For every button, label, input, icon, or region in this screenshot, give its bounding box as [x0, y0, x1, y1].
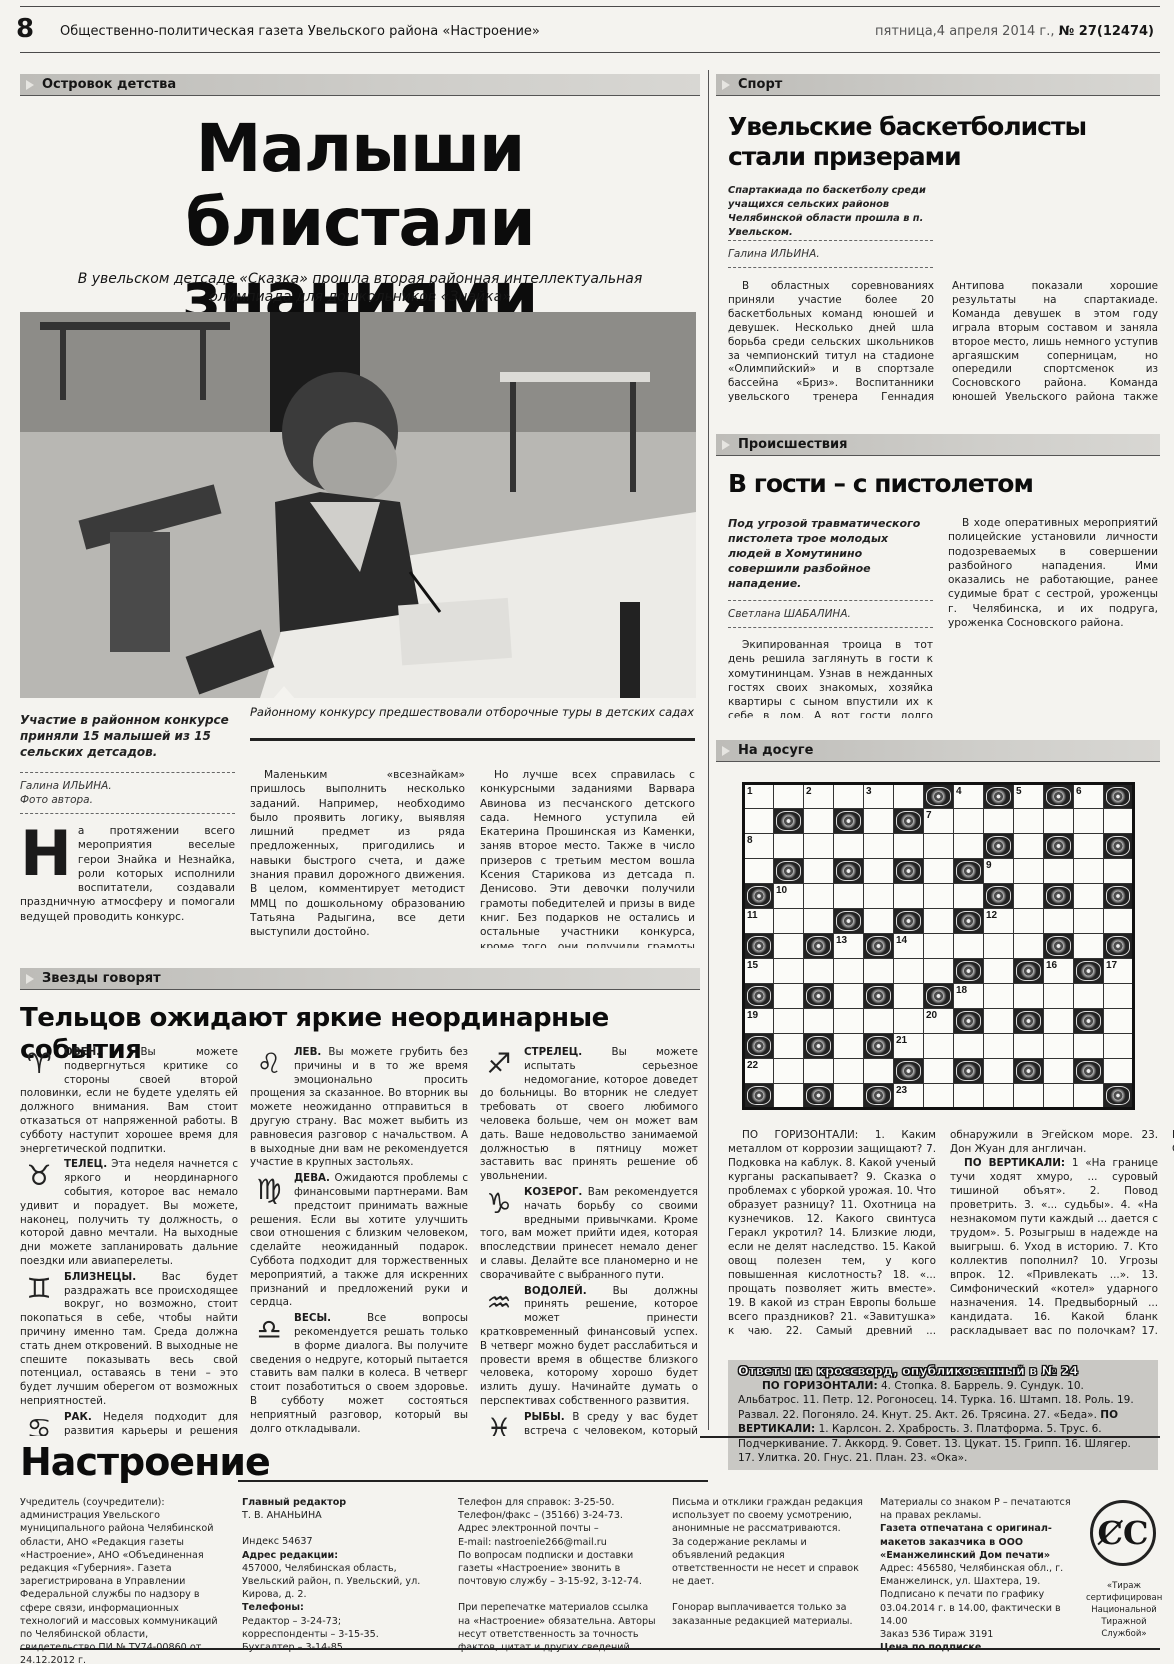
bottom-rule — [20, 1648, 1160, 1650]
crossword-cell[interactable]: 1 — [744, 784, 774, 809]
crossword-cell[interactable] — [1104, 1059, 1134, 1084]
sport-lead: Спартакиада по баскетболу среди учащихся… — [728, 184, 933, 240]
crossword-row: 23 — [744, 1084, 1134, 1109]
crossword-cell[interactable] — [954, 1034, 984, 1059]
crossword-block-cell — [924, 984, 954, 1009]
editorial-address: 457000, Челябинская область, Увельский р… — [242, 1562, 442, 1602]
crossword-cell[interactable] — [924, 859, 954, 884]
crossword-cell[interactable]: 10 — [774, 884, 804, 909]
ornament-icon — [1106, 936, 1130, 956]
crossword-cell[interactable] — [1044, 809, 1074, 834]
crossword-cell[interactable] — [1104, 809, 1134, 834]
email-link[interactable]: E-mail: nastroenie266@mail.ru — [458, 1536, 658, 1549]
ornament-icon — [956, 961, 981, 981]
crossword-block-cell — [954, 959, 984, 984]
aquarius-icon: ♒ — [480, 1285, 518, 1321]
ornament-icon — [1106, 787, 1130, 806]
ornament-icon — [896, 861, 921, 881]
ornament-icon — [836, 811, 861, 831]
byline-author: Галина ИЛЬИНА. — [20, 779, 235, 793]
sagittarius-icon: ♐ — [480, 1046, 518, 1082]
crossword-cell[interactable]: 2 — [804, 784, 834, 809]
crossword-cell[interactable] — [1014, 934, 1044, 959]
cancer-icon: ♋ — [20, 1411, 58, 1436]
crossword-cell[interactable] — [1074, 834, 1104, 859]
crossword-cell[interactable] — [1044, 1084, 1074, 1109]
crossword-cell[interactable] — [1044, 859, 1074, 884]
crossword-cell[interactable] — [834, 984, 864, 1009]
crossword-block-cell — [1104, 934, 1134, 959]
crossword-block-cell — [864, 984, 894, 1009]
crossword-block-cell — [834, 859, 864, 884]
kids-byline: Галина ИЛЬИНА. Фото автора. — [20, 772, 235, 814]
crossword-cell[interactable]: 14 — [894, 934, 924, 959]
crossword-cell[interactable] — [1104, 909, 1134, 934]
aries-icon: ♈ — [20, 1046, 58, 1082]
ornament-icon — [866, 1086, 891, 1105]
crossword-cell[interactable] — [1044, 1034, 1074, 1059]
crossword-cell[interactable] — [864, 834, 894, 859]
crossword-cell[interactable] — [834, 1034, 864, 1059]
crossword-block-cell — [924, 784, 954, 809]
crossword-block-cell — [1074, 1059, 1104, 1084]
crossword-block-cell — [1104, 1084, 1134, 1109]
crossword-cell[interactable] — [1044, 984, 1074, 1009]
horoscope-col3: ♐СТРЕЛЕЦ. Вы можете испытать серьезное н… — [480, 1046, 698, 1436]
crossword-block-cell — [1014, 1059, 1044, 1084]
crossword-cell[interactable] — [1014, 909, 1044, 934]
crossword-cell[interactable] — [924, 1034, 954, 1059]
ornament-icon — [747, 886, 771, 906]
crossword-cell[interactable] — [744, 859, 774, 884]
crossword-cell[interactable] — [864, 809, 894, 834]
crossword-block-cell — [1014, 1009, 1044, 1034]
ornament-icon — [926, 986, 951, 1006]
crossword-cell[interactable] — [1014, 1084, 1044, 1109]
crossword-cell[interactable] — [1074, 1084, 1104, 1109]
ornament-icon — [747, 936, 771, 956]
crossword-cell[interactable] — [1074, 1034, 1104, 1059]
crossword-cell[interactable] — [804, 1059, 834, 1084]
crossword-block-cell — [894, 809, 924, 834]
crossword-cell[interactable]: 22 — [744, 1059, 774, 1084]
headline-line-1: Малыши блистали — [20, 112, 700, 260]
crossword-row: 1314 — [744, 934, 1134, 959]
footer-right-rule — [700, 1436, 1160, 1438]
sign-capricorn: ♑КОЗЕРОГ. Вам рекомендуется начать борьб… — [480, 1186, 698, 1283]
taurus-icon: ♉ — [20, 1158, 58, 1194]
crossword-block-cell — [804, 1034, 834, 1059]
crossword-grid-container: 1234567891011121314151617181920212223 — [742, 782, 1135, 1110]
footer-logo: Настроение — [20, 1440, 270, 1484]
crossword-block-cell — [984, 834, 1014, 859]
top-rule — [20, 6, 1160, 7]
incident-paragraph: В ходе оперативных мероприятий полицейск… — [948, 516, 1158, 630]
crossword-cell[interactable]: 17 — [1104, 959, 1134, 984]
crossword-row: 7 — [744, 809, 1134, 834]
crossword-block-cell — [834, 909, 864, 934]
crossword-block-cell — [954, 1009, 984, 1034]
crossword-cell[interactable] — [984, 934, 1014, 959]
ornament-icon — [986, 886, 1011, 906]
crossword-cell[interactable]: 6 — [1074, 784, 1104, 809]
crossword-cell[interactable] — [834, 784, 864, 809]
crossword-cell[interactable] — [834, 884, 864, 909]
crossword-block-cell — [744, 984, 774, 1009]
crossword-cell[interactable]: 4 — [954, 784, 984, 809]
sign-aquarius: ♒ВОДОЛЕЙ. Вы должны принять решение, кот… — [480, 1285, 698, 1409]
crossword-block-cell — [1044, 884, 1074, 909]
crossword-cell[interactable]: 18 — [954, 984, 984, 1009]
crossword-block-cell — [1074, 959, 1104, 984]
crossword-cell[interactable] — [1074, 984, 1104, 1009]
footer-contacts: Телефон для справок: 3-25-50. Телефон/фа… — [458, 1496, 658, 1654]
crossword-cell[interactable]: 9 — [984, 859, 1014, 884]
ornament-icon — [806, 1086, 831, 1105]
libra-icon: ♎ — [250, 1312, 288, 1348]
crossword-cell[interactable] — [954, 809, 984, 834]
crossword-cell[interactable] — [804, 1009, 834, 1034]
crossword-cell[interactable] — [1014, 984, 1044, 1009]
horoscope-col1: ♈ОВЕН. Вы можете подвергнуться критике с… — [20, 1046, 238, 1436]
crossword-cell[interactable] — [1014, 859, 1044, 884]
virgo-icon: ♍ — [250, 1172, 288, 1208]
ornament-icon — [956, 1061, 981, 1081]
kids-subheadline: В увельском детсаде «Сказка» прошла втор… — [40, 270, 680, 306]
crossword-cell[interactable] — [834, 959, 864, 984]
crossword-row: 8 — [744, 834, 1134, 859]
crossword-cell[interactable]: 16 — [1044, 959, 1074, 984]
crossword-cell[interactable] — [1014, 809, 1044, 834]
crossword-cell[interactable]: 23 — [894, 1084, 924, 1109]
ornament-icon — [896, 911, 921, 931]
crossword-cell[interactable] — [834, 1059, 864, 1084]
crossword-cell[interactable]: 19 — [744, 1009, 774, 1034]
crossword-cell[interactable] — [1104, 859, 1134, 884]
crossword-block-cell — [744, 884, 774, 909]
crossword-cell[interactable] — [924, 1059, 954, 1084]
crossword-cell[interactable] — [924, 834, 954, 859]
column-divider — [708, 70, 709, 1430]
crossword-row: 151617 — [744, 959, 1134, 984]
crossword-cell[interactable] — [864, 1009, 894, 1034]
crossword-cell[interactable] — [984, 1034, 1014, 1059]
crossword-cell[interactable] — [1104, 1009, 1134, 1034]
crossword-cell[interactable] — [774, 1009, 804, 1034]
incident-byline: Светлана ШАБАЛИНА. — [728, 600, 933, 628]
sign-gemini: ♊БЛИЗНЕЦЫ. Вас будет раздражать все прои… — [20, 1271, 238, 1409]
sign-taurus: ♉ТЕЛЕЦ. Эта неделя начнется с яркого и н… — [20, 1158, 238, 1268]
crossword-block-cell — [774, 809, 804, 834]
crossword-cell[interactable] — [924, 934, 954, 959]
crossword-cell[interactable] — [894, 1009, 924, 1034]
footer-logo-rule — [238, 1480, 708, 1482]
crossword-cell[interactable] — [924, 959, 954, 984]
crossword-cell[interactable] — [774, 784, 804, 809]
ornament-icon — [956, 1011, 981, 1031]
crossword-cell[interactable] — [984, 984, 1014, 1009]
issue-number: № 27(12474) — [1059, 24, 1154, 39]
crossword-cell[interactable] — [894, 959, 924, 984]
photo-illustration — [20, 312, 696, 698]
crossword-cell[interactable] — [774, 959, 804, 984]
ornament-icon — [1046, 836, 1071, 856]
crossword-cell[interactable] — [1044, 909, 1074, 934]
circulation-seal-icon: ȻС — [1090, 1500, 1156, 1566]
incident-body-col1: Экипированная троица в тот день решила з… — [728, 638, 933, 718]
ornament-icon — [896, 811, 921, 831]
crossword-block-cell — [804, 934, 834, 959]
photo-caption: Районному конкурсу предшествовали отборо… — [250, 705, 700, 719]
ornament-icon — [986, 787, 1011, 806]
ornament-icon — [866, 986, 891, 1006]
drop-cap: Н — [20, 826, 72, 882]
crossword-cell[interactable] — [924, 1084, 954, 1109]
crossword-cell[interactable] — [894, 984, 924, 1009]
crossword-cell[interactable] — [774, 1034, 804, 1059]
crossword-block-cell — [1104, 834, 1134, 859]
crossword-cell[interactable] — [1074, 884, 1104, 909]
crossword-cell[interactable] — [924, 909, 954, 934]
incident-paragraph: Экипированная троица в тот день решила з… — [728, 638, 933, 718]
crossword-block-cell — [1074, 1009, 1104, 1034]
crossword-block-cell — [834, 809, 864, 834]
sign-leo: ♌ЛЕВ. Вы можете грубить без причины и в … — [250, 1046, 468, 1170]
crossword-cell[interactable] — [894, 834, 924, 859]
crossword-cell[interactable]: 7 — [924, 809, 954, 834]
crossword-row: 21 — [744, 1034, 1134, 1059]
editor-name: Т. В. АНАНЬИНА — [242, 1509, 442, 1522]
crossword-cell[interactable] — [864, 884, 894, 909]
crossword-cell[interactable] — [894, 884, 924, 909]
crossword-cell[interactable] — [864, 859, 894, 884]
crossword-cell[interactable]: 8 — [744, 834, 774, 859]
seal-caption: «Тираж сертифицирован Национальной Тираж… — [1086, 1580, 1162, 1640]
crossword-cell[interactable] — [804, 834, 834, 859]
crossword-row: 9 — [744, 859, 1134, 884]
crossword-block-cell — [1104, 784, 1134, 809]
crossword-cell[interactable]: 13 — [834, 934, 864, 959]
crossword-cell[interactable]: 11 — [744, 909, 774, 934]
crossword-cell[interactable] — [894, 784, 924, 809]
crossword-block-cell — [954, 1059, 984, 1084]
crossword-row: 18 — [744, 984, 1134, 1009]
sport-headline: Увельские баскетболисты стали призерами — [728, 112, 1148, 172]
crossword-block-cell — [744, 1084, 774, 1109]
crossword-row: 1112 — [744, 909, 1134, 934]
crossword-cell[interactable] — [804, 884, 834, 909]
ornament-icon — [776, 811, 801, 831]
sign-aries: ♈ОВЕН. Вы можете подвергнуться критике с… — [20, 1046, 238, 1156]
ornament-icon — [1016, 1011, 1041, 1031]
crossword-cell[interactable] — [744, 809, 774, 834]
crossword-cell[interactable]: 20 — [924, 1009, 954, 1034]
crossword-cell[interactable] — [834, 834, 864, 859]
crossword-block-cell — [894, 909, 924, 934]
photo-pointer-icon — [272, 686, 296, 700]
crossword-cell[interactable] — [984, 1059, 1014, 1084]
incident-lead: Под угрозой травматического пистолета тр… — [728, 516, 933, 591]
ornament-icon — [1106, 886, 1130, 906]
ornament-icon — [986, 836, 1011, 856]
crossword-clues: ПО ГОРИЗОНТАЛИ: 1. Каким металлом от кор… — [728, 1128, 1158, 1350]
crossword-cell[interactable]: 15 — [744, 959, 774, 984]
pisces-icon: ♓ — [480, 1411, 518, 1436]
crossword-cell[interactable] — [804, 859, 834, 884]
sign-virgo: ♍ДЕВА. Ожидаются проблемы с финансовыми … — [250, 1172, 468, 1310]
sign-sagittarius: ♐СТРЕЛЕЦ. Вы можете испытать серьезное н… — [480, 1046, 698, 1184]
crossword-cell[interactable] — [774, 909, 804, 934]
ornament-icon — [896, 1061, 921, 1081]
crossword-cell[interactable] — [1074, 909, 1104, 934]
rubric-kids: Островок детства — [20, 74, 700, 96]
crossword-cell[interactable] — [1074, 859, 1104, 884]
crossword-block-cell — [1044, 834, 1074, 859]
crossword-cell[interactable]: 12 — [984, 909, 1014, 934]
crossword-cell[interactable] — [1074, 934, 1104, 959]
crossword-cell[interactable] — [1074, 809, 1104, 834]
ornament-icon — [776, 861, 801, 881]
crossword-block-cell — [804, 1084, 834, 1109]
crossword-cell[interactable] — [774, 1059, 804, 1084]
crossword-cell[interactable]: 21 — [894, 1034, 924, 1059]
kids-body-col3: Но лучше всех справилась с конкурсными з… — [480, 768, 695, 948]
ornament-icon — [1016, 1061, 1041, 1081]
crossword-block-cell — [984, 784, 1014, 809]
ornament-icon — [747, 1036, 771, 1056]
crossword-block-cell — [1104, 884, 1134, 909]
sport-byline: Галина ИЛЬИНА. — [728, 240, 933, 268]
crossword-cell[interactable] — [1044, 1009, 1074, 1034]
ornament-icon — [1046, 886, 1071, 906]
crossword-cell[interactable] — [984, 1009, 1014, 1034]
rubric-leisure: На досуге — [716, 740, 1160, 762]
crossword-block-cell — [864, 934, 894, 959]
crossword-block-cell — [984, 884, 1014, 909]
ornament-icon — [1016, 961, 1041, 981]
crossword-block-cell — [894, 1059, 924, 1084]
crossword-cell[interactable] — [984, 959, 1014, 984]
horoscope-col2: ♌ЛЕВ. Вы можете грубить без причины и в … — [250, 1046, 468, 1436]
crossword-cell[interactable] — [774, 984, 804, 1009]
crossword-cell[interactable] — [1014, 1034, 1044, 1059]
kids-body-col1: Н а протяжении всего мероприятия веселые… — [20, 824, 235, 924]
answers-title: Ответы на кроссворд, опубликованный в № … — [738, 1364, 1148, 1379]
ornament-icon — [1046, 936, 1071, 956]
ornament-icon — [747, 1086, 771, 1105]
crossword-cell[interactable] — [984, 1084, 1014, 1109]
issue-date: пятница,4 апреля 2014 г., — [875, 24, 1054, 39]
crossword-cell[interactable] — [954, 834, 984, 859]
crossword-cell[interactable] — [1014, 834, 1044, 859]
kids-body-col2: Маленьким «всезнайкам» пришлось выполнит… — [250, 768, 465, 948]
footer-editorial: Главный редактор Т. В. АНАНЬИНА Индекс 5… — [242, 1496, 442, 1654]
crossword-row: 1920 — [744, 1009, 1134, 1034]
crossword-cell[interactable] — [864, 909, 894, 934]
sign-pisces: ♓РЫБЫ. В среду у вас будет встреча с чел… — [480, 1411, 698, 1436]
sign-cancer: ♋РАК. Неделя подходит для развития карье… — [20, 1411, 238, 1436]
crossword-cell[interactable] — [984, 809, 1014, 834]
ornament-icon — [866, 936, 891, 956]
crossword-cell[interactable] — [864, 959, 894, 984]
crossword-cell[interactable] — [804, 809, 834, 834]
answers-text: ПО ГОРИЗОНТАЛИ: 4. Стопка. 8. Баррель. 9… — [738, 1379, 1148, 1466]
caption-rule — [250, 738, 695, 741]
crossword-cell[interactable] — [954, 884, 984, 909]
ornament-icon — [806, 986, 831, 1006]
crossword-cell[interactable]: 5 — [1014, 784, 1044, 809]
gemini-icon: ♊ — [20, 1271, 58, 1307]
footer-policy: Письма и отклики граждан редакция исполь… — [672, 1496, 867, 1628]
crossword-block-cell — [954, 909, 984, 934]
ornament-icon — [1076, 1061, 1101, 1081]
crossword-cell[interactable] — [774, 834, 804, 859]
crossword-block-cell — [1044, 784, 1074, 809]
crossword-block-cell — [744, 1034, 774, 1059]
ornament-icon — [956, 861, 981, 881]
crossword-cell[interactable]: 3 — [864, 784, 894, 809]
crossword-cell[interactable] — [924, 884, 954, 909]
crossword-block-cell — [954, 859, 984, 884]
incident-headline: В гости – с пистолетом — [728, 468, 1148, 500]
rubric-horoscope: Звезды говорят — [20, 968, 700, 990]
rubric-incident: Происшествия — [716, 434, 1160, 456]
crossword-row: 10 — [744, 884, 1134, 909]
ornament-icon — [806, 936, 831, 956]
byline-photo-credit: Фото автора. — [20, 793, 235, 807]
crossword-cell[interactable] — [954, 1084, 984, 1109]
sign-libra: ♎ВЕСЫ. Все вопросы рекомендуется решать … — [250, 1312, 468, 1436]
crossword-block-cell — [1014, 959, 1044, 984]
ornament-icon — [836, 861, 861, 881]
page-number: 8 — [16, 14, 34, 44]
crossword-cell[interactable] — [804, 909, 834, 934]
crossword-block-cell — [804, 984, 834, 1009]
crossword-block-cell — [1044, 934, 1074, 959]
crossword-cell[interactable] — [864, 1059, 894, 1084]
ornament-icon — [926, 787, 951, 806]
issue-info: пятница,4 апреля 2014 г., № 27(12474) — [875, 24, 1154, 39]
crossword-cell[interactable] — [1044, 1059, 1074, 1084]
crossword-cell[interactable] — [834, 1009, 864, 1034]
incident-body-col2: В ходе оперативных мероприятий полицейск… — [948, 516, 1158, 716]
kids-photo — [20, 312, 696, 698]
ornament-icon — [836, 911, 861, 931]
crossword-cell[interactable] — [774, 934, 804, 959]
sport-paragraph: В областных соревнованиях приняли участи… — [728, 280, 1174, 410]
crossword-cell[interactable] — [834, 1084, 864, 1109]
crossword-block-cell — [894, 859, 924, 884]
subscription-index: Индекс 54637 — [242, 1535, 442, 1548]
ornament-icon — [1076, 1011, 1101, 1031]
crossword-block-cell — [744, 934, 774, 959]
ornament-icon — [747, 986, 771, 1006]
crossword-cell[interactable] — [954, 934, 984, 959]
ornament-icon — [1076, 961, 1101, 981]
crossword-block-cell — [864, 1084, 894, 1109]
crossword-row: 123456 — [744, 784, 1134, 809]
kids-lead: Участие в районном конкурсе приняли 15 м… — [20, 712, 235, 760]
crossword-grid: 1234567891011121314151617181920212223 — [742, 782, 1135, 1110]
crossword-cell[interactable] — [804, 959, 834, 984]
crossword-cell[interactable] — [774, 1084, 804, 1109]
sport-body: В областных соревнованиях приняли участи… — [728, 280, 1158, 410]
crossword-block-cell — [774, 859, 804, 884]
ornament-icon — [866, 1036, 891, 1056]
crossword-cell[interactable] — [1014, 884, 1044, 909]
crossword-cell[interactable] — [1104, 984, 1134, 1009]
crossword-cell[interactable] — [1104, 1034, 1134, 1059]
